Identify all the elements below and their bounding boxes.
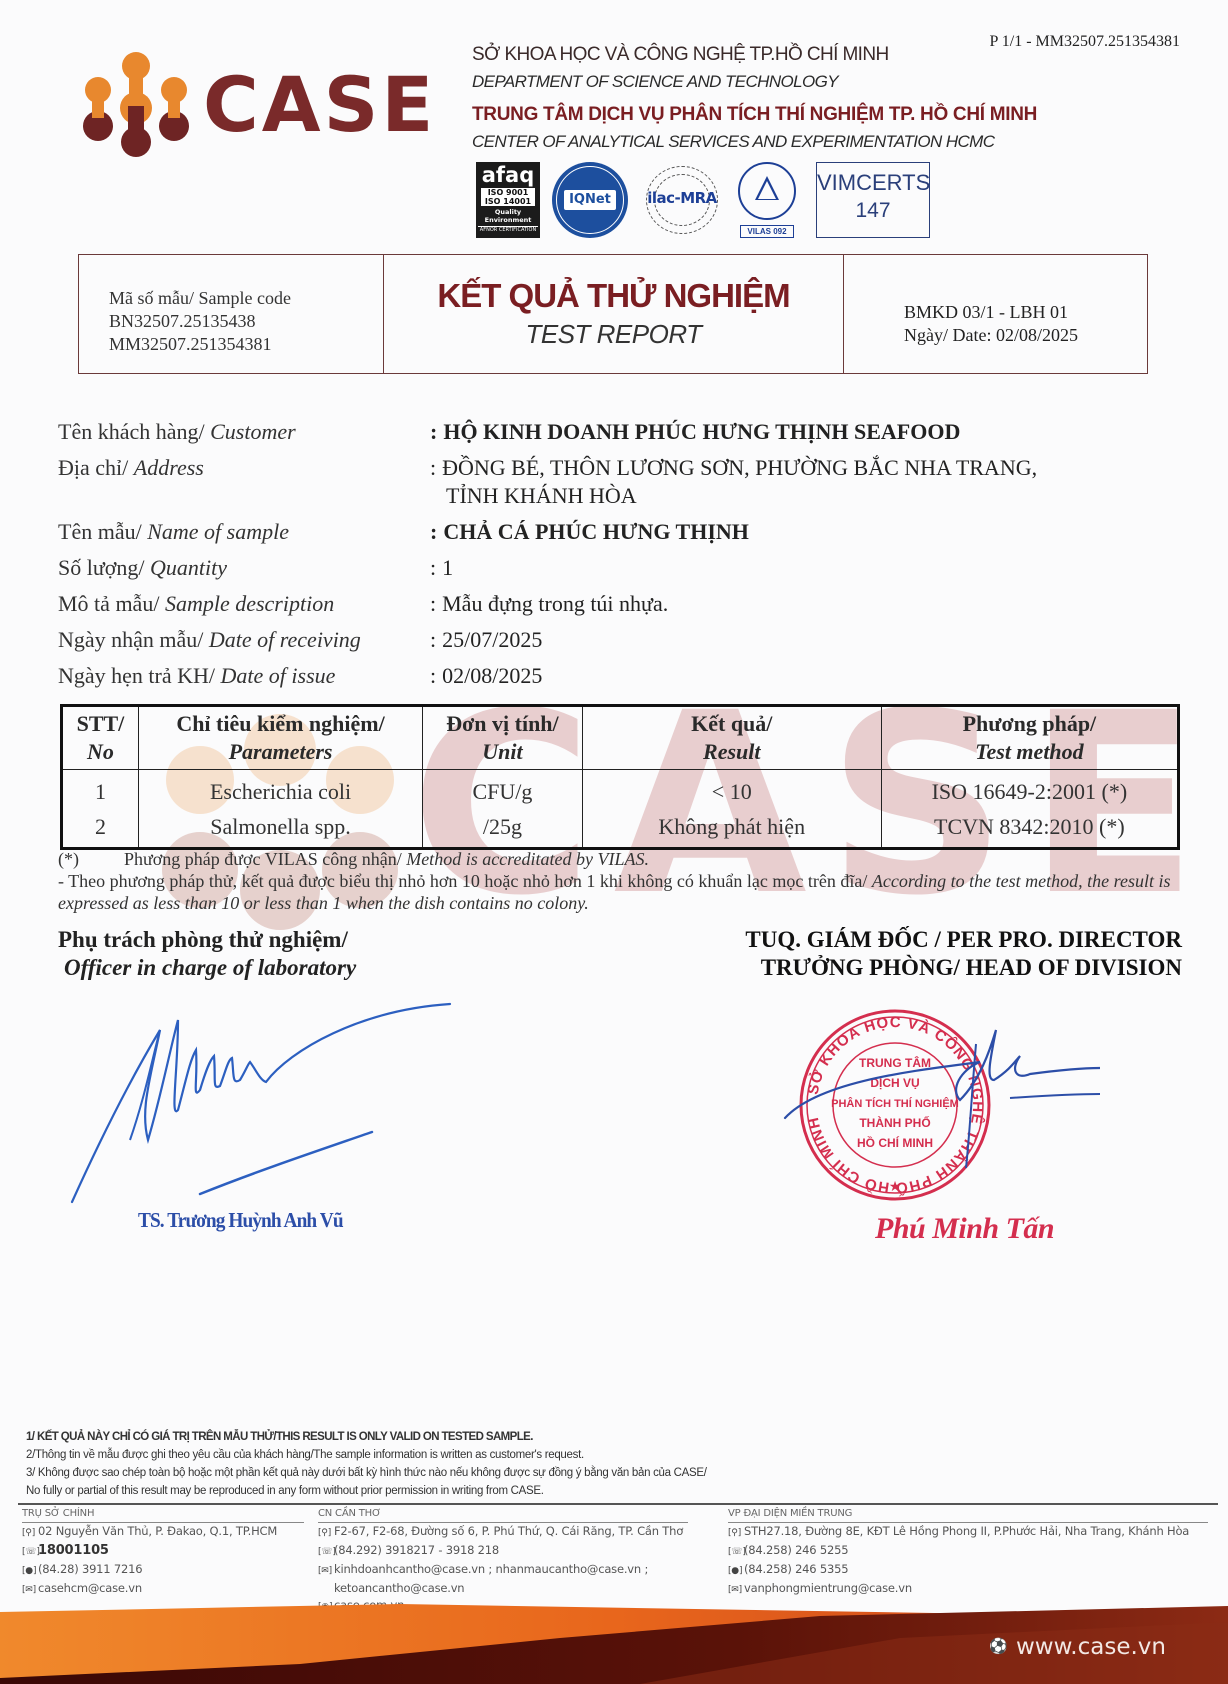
logo-wordmark: CASE [203, 60, 436, 149]
col-no-vi: STT/ [65, 710, 136, 738]
sample-name-value: :CHẢ CÁ PHÚC HƯNG THỊNH [430, 518, 1188, 546]
office-central: VP ĐẠI DIỆN MIỀN TRUNG [⚲]STH27.18, Đườn… [728, 1505, 1208, 1599]
sample-info: Tên khách hàng/ Customer :HỘ KINH DOANH … [58, 418, 1188, 698]
vimcerts-number: 147 [817, 197, 929, 225]
report-title-cell: KẾT QUẢ THỬ NGHIỆM TEST REPORT [384, 255, 844, 373]
office-central-phone[interactable]: [☏](84.258) 246 5255 [728, 1542, 1208, 1561]
org-department-vi: SỞ KHOA HỌC VÀ CÔNG NGHỆ TP.HỒ CHÍ MINH [472, 44, 1037, 72]
customer-label: Tên khách hàng/ Customer [58, 418, 430, 446]
col-method-vi: Phương pháp/ [884, 710, 1175, 738]
row-method: TCVN 8342:2010 (*) [881, 809, 1178, 849]
ilac-label: ilac-MRA [640, 189, 724, 207]
col-header-result: Kết quả/Result [582, 706, 881, 770]
address-label: Địa chỉ/ Address [58, 454, 430, 510]
row-method: ISO 16649-2:2001 (*) [881, 770, 1178, 810]
location-icon: [⚲] [728, 1525, 744, 1542]
office-hq-address-text: 02 Nguyễn Văn Thủ, P. Đakao, Q.1, TP.HCM [38, 1524, 277, 1538]
org-center-vi: TRUNG TÂM DỊCH VỤ PHÂN TÍCH THÍ NGHIỆM T… [472, 104, 1037, 132]
customer-label-en: Customer [210, 419, 296, 444]
date-issue-label-vi: Ngày hẹn trả KH/ [58, 663, 221, 688]
office-hq-phone-text[interactable]: 18001105 [38, 1543, 109, 1558]
note-method-vi: - Theo phương pháp thử, kết quả được biể… [58, 871, 872, 891]
col-parameters-en: Parameters [229, 739, 333, 764]
col-unit-vi: Đơn vị tính/ [425, 710, 580, 738]
sample-name-label-en: Name of sample [147, 519, 289, 544]
address-value: :ĐỒNG BÉ, THÔN LƯƠNG SƠN, PHƯỜNG BẮC NHA… [430, 454, 1188, 510]
office-central-phone-text[interactable]: (84.258) 246 5255 [744, 1543, 848, 1557]
svg-text:★: ★ [889, 1180, 902, 1195]
ilac-mra-logo: ilac-MRA [640, 162, 724, 238]
director-title-line-1: TUQ. GIÁM ĐỐC / PER PRO. DIRECTOR [745, 926, 1182, 954]
lab-officer-title: Phụ trách phòng thử nghiệm/ Officer in c… [58, 926, 356, 982]
email-icon: [✉] [728, 1582, 744, 1599]
report-title-vi: KẾT QUẢ THỬ NGHIỆM [384, 277, 843, 315]
office-cantho-address: [⚲]F2-67, F2-68, Đường số 6, P. Phú Thứ,… [318, 1523, 688, 1542]
row-no: 1 [62, 770, 139, 810]
office-cantho-phone-text[interactable]: (84.292) 3918217 - 3918 218 [334, 1543, 499, 1557]
phone-icon: [☏] [318, 1544, 334, 1561]
director-signature [780, 1010, 1100, 1180]
afaq-cert-logo: afaq ISO 9001 ISO 14001 Quality Environm… [476, 162, 540, 238]
afaq-iso: ISO 9001 ISO 14001 [481, 188, 535, 206]
director-name: Phú Minh Tấn [875, 1212, 1054, 1246]
note-method: - Theo phương pháp thử, kết quả được biể… [58, 870, 1188, 914]
col-result-vi: Kết quả/ [585, 710, 879, 738]
organization-header: SỞ KHOA HỌC VÀ CÔNG NGHỆ TP.HỒ CHÍ MINH … [472, 44, 1037, 152]
office-cantho-title: CN CẦN THƠ [318, 1505, 688, 1523]
row-no: 2 [62, 809, 139, 849]
office-cantho-phone[interactable]: [☏](84.292) 3918217 - 3918 218 [318, 1542, 688, 1561]
quantity-label-vi: Số lượng/ [58, 555, 150, 580]
table-notes: (*)Phương pháp được VILAS công nhận/ Met… [58, 848, 1188, 914]
description-label-en: Sample description [165, 591, 334, 616]
address-line-1: ĐỒNG BÉ, THÔN LƯƠNG SƠN, PHƯỜNG BẮC NHA … [442, 455, 1037, 480]
info-row-description: Mô tả mẫu/ Sample description :Mẫu đựng … [58, 590, 1188, 618]
lab-officer-name: TS. Trương Huỳnh Anh Vũ [138, 1208, 343, 1233]
sample-code-label: Mã số mẫu/ Sample code [109, 287, 383, 310]
col-header-method: Phương pháp/Test method [881, 706, 1178, 770]
afaq-name: afaq [482, 164, 535, 186]
date-issue-label-en: Date of issue [221, 663, 336, 688]
date-receiving-label-en: Date of receiving [209, 627, 361, 652]
col-parameters-vi: Chỉ tiêu kiểm nghiệm/ [141, 710, 420, 738]
website-link[interactable]: ⚽www.case.vn [989, 1634, 1166, 1660]
sample-name: CHẢ CÁ PHÚC HƯNG THỊNH [443, 519, 749, 544]
date-issue: 02/08/2025 [442, 663, 542, 688]
org-department-en: DEPARTMENT OF SCIENCE AND TECHNOLOGY [472, 72, 1037, 104]
office-cantho-email[interactable]: [✉]kinhdoanhcantho@case.vn ; nhanmaucant… [318, 1561, 688, 1580]
office-central-address: [⚲]STH27.18, Đường 8E, KĐT Lê Hồng Phong… [728, 1523, 1208, 1542]
table-row: 1 Escherichia coli CFU/g < 10 ISO 16649-… [62, 770, 1179, 810]
date-receiving-label: Ngày nhận mẫu/ Date of receiving [58, 626, 430, 654]
info-row-customer: Tên khách hàng/ Customer :HỘ KINH DOANH … [58, 418, 1188, 446]
website-url[interactable]: www.case.vn [1016, 1634, 1166, 1660]
afaq-scope: Quality Environment [485, 208, 532, 224]
report-title-box: Mã số mẫu/ Sample code BN32507.25135438 … [78, 254, 1148, 374]
description-value: :Mẫu đựng trong túi nhựa. [430, 590, 1188, 618]
description-label-vi: Mô tả mẫu/ [58, 591, 165, 616]
disclaimer: 1/ KẾT QUẢ NÀY CHỈ CÓ GIÁ TRỊ TRÊN MẪU T… [26, 1428, 707, 1500]
disclaimer-4: No fully or partial of this result may b… [26, 1482, 707, 1500]
email-icon: [✉] [318, 1563, 334, 1580]
vimcerts-box: VIMCERTS 147 [816, 162, 930, 238]
address-line-2: TỈNH KHÁNH HÒA [430, 482, 1188, 510]
vilas-accreditation-logo: VILAS 092 [736, 162, 798, 238]
fax-icon: [●] [728, 1563, 744, 1580]
director-title: TUQ. GIÁM ĐỐC / PER PRO. DIRECTOR TRƯỞNG… [745, 926, 1182, 982]
location-icon: [⚲] [22, 1525, 38, 1542]
office-central-title: VP ĐẠI DIỆN MIỀN TRUNG [728, 1505, 1208, 1523]
lab-officer-signature [60, 990, 460, 1230]
iqnet-cert-logo: IQNet [552, 162, 628, 238]
row-parameter: Escherichia coli [138, 770, 422, 810]
date-receiving: 25/07/2025 [442, 627, 542, 652]
info-row-quantity: Số lượng/ Quantity :1 [58, 554, 1188, 582]
quantity-label-en: Quantity [150, 555, 227, 580]
note-accreditation: (*)Phương pháp được VILAS công nhận/ Met… [58, 848, 1188, 870]
note-accredited-en: Method is accreditated by VILAS. [406, 849, 649, 869]
row-result: Không phát hiện [582, 809, 881, 849]
office-central-address-text: STH27.18, Đường 8E, KĐT Lê Hồng Phong II… [744, 1524, 1189, 1538]
director-title-line-2: TRƯỞNG PHÒNG/ HEAD OF DIVISION [745, 954, 1182, 982]
office-cantho-email-links[interactable]: kinhdoanhcantho@case.vn ; nhanmaucantho@… [334, 1562, 648, 1576]
results-table-header: STT/No Chỉ tiêu kiểm nghiệm/Parameters Đ… [62, 706, 1179, 770]
form-code-cell: BMKD 03/1 - LBH 01 Ngày/ Date: 02/08/202… [844, 255, 1147, 373]
note-accredited-vi: Phương pháp được VILAS công nhận/ [124, 849, 406, 869]
info-row-address: Địa chỉ/ Address :ĐỒNG BÉ, THÔN LƯƠNG SƠ… [58, 454, 1188, 510]
results-table: STT/No Chỉ tiêu kiểm nghiệm/Parameters Đ… [60, 704, 1180, 850]
location-icon: [⚲] [318, 1525, 334, 1542]
office-hq-fax-text: (84.28) 3911 7216 [38, 1562, 142, 1576]
email-icon: [✉] [22, 1582, 38, 1599]
date-issue-label: Ngày hẹn trả KH/ Date of issue [58, 662, 430, 690]
quantity-label: Số lượng/ Quantity [58, 554, 430, 582]
office-cantho-address-text: F2-67, F2-68, Đường số 6, P. Phú Thứ, Q.… [334, 1524, 683, 1538]
date-issue-value: :02/08/2025 [430, 662, 1188, 690]
col-method-en: Test method [975, 739, 1084, 764]
date-receiving-value: :25/07/2025 [430, 626, 1188, 654]
note-mark: (*) [58, 848, 124, 870]
office-hq-email-link[interactable]: casehcm@case.vn [38, 1581, 142, 1595]
date-receiving-label-vi: Ngày nhận mẫu/ [58, 627, 209, 652]
info-row-date-receiving: Ngày nhận mẫu/ Date of receiving :25/07/… [58, 626, 1188, 654]
afaq-footer: AFNOR CERTIFICATION [478, 226, 538, 234]
sample-name-label: Tên mẫu/ Name of sample [58, 518, 430, 546]
office-central-fax-text: (84.258) 246 5355 [744, 1562, 848, 1576]
office-hq-title: TRỤ SỞ CHÍNH [22, 1505, 304, 1523]
sample-code-mm: MM32507.251354381 [109, 333, 383, 356]
quantity: 1 [442, 555, 453, 580]
vimcerts-label: VIMCERTS [817, 169, 929, 197]
office-central-fax: [●](84.258) 246 5355 [728, 1561, 1208, 1580]
quantity-value: :1 [430, 554, 1188, 582]
disclaimer-3: 3/ Không được sao chép toàn bộ hoặc một … [26, 1464, 707, 1482]
afaq-iso-14001: ISO 14001 [481, 197, 535, 206]
sample-name-label-vi: Tên mẫu/ [58, 519, 147, 544]
form-code: BMKD 03/1 - LBH 01 [904, 301, 1147, 324]
row-unit: /25g [423, 809, 583, 849]
customer-label-vi: Tên khách hàng/ [58, 419, 210, 444]
office-central-email-link[interactable]: vanphongmientrung@case.vn [744, 1581, 912, 1595]
sample-code-bn: BN32507.25135438 [109, 310, 383, 333]
office-central-email[interactable]: [✉]vanphongmientrung@case.vn [728, 1580, 1208, 1599]
case-logo: CASE [78, 46, 428, 164]
lab-officer-title-en: Officer in charge of laboratory [58, 954, 356, 982]
phone-icon: [☏] [728, 1544, 744, 1561]
fax-icon: [●] [22, 1563, 38, 1580]
col-no-en: No [87, 739, 114, 764]
disclaimer-1: 1/ KẾT QUẢ NÀY CHỈ CÓ GIÁ TRỊ TRÊN MẪU T… [26, 1428, 707, 1446]
customer-name: HỘ KINH DOANH PHÚC HƯNG THỊNH SEAFOOD [443, 419, 960, 444]
report-title-en: TEST REPORT [384, 319, 843, 350]
col-header-no: STT/No [62, 706, 139, 770]
office-hq: TRỤ SỞ CHÍNH [⚲]02 Nguyễn Văn Thủ, P. Đa… [22, 1505, 304, 1599]
sample-code-cell: Mã số mẫu/ Sample code BN32507.25135438 … [79, 255, 384, 373]
row-unit: CFU/g [423, 770, 583, 810]
info-row-date-issue: Ngày hẹn trả KH/ Date of issue :02/08/20… [58, 662, 1188, 690]
description-label: Mô tả mẫu/ Sample description [58, 590, 430, 618]
col-header-parameters: Chỉ tiêu kiểm nghiệm/Parameters [138, 706, 422, 770]
afaq-iso-9001: ISO 9001 [481, 188, 535, 197]
org-center-en: CENTER OF ANALYTICAL SERVICES AND EXPERI… [472, 132, 1037, 152]
office-cantho-email-2[interactable]: ketoancantho@case.vn [318, 1580, 688, 1597]
iqnet-label: IQNet [564, 190, 616, 210]
col-header-unit: Đơn vị tính/Unit [423, 706, 583, 770]
col-unit-en: Unit [482, 739, 522, 764]
report-date: Ngày/ Date: 02/08/2025 [904, 324, 1147, 347]
disclaimer-2: 2/Thông tin về mẫu được ghi theo yêu cầu… [26, 1446, 707, 1464]
office-hq-email[interactable]: [✉]casehcm@case.vn [22, 1580, 304, 1599]
vilas-number: VILAS 092 [740, 225, 794, 238]
col-result-en: Result [703, 739, 760, 764]
vilas-triangle-inner [758, 181, 776, 199]
afaq-environment: Environment [485, 216, 532, 224]
afaq-quality: Quality [485, 208, 532, 216]
table-row: 2 Salmonella spp. /25g Không phát hiện T… [62, 809, 1179, 849]
row-result: < 10 [582, 770, 881, 810]
sample-description: Mẫu đựng trong túi nhựa. [442, 591, 668, 616]
phone-icon: [☏] [22, 1544, 38, 1561]
office-hq-fax: [●](84.28) 3911 7216 [22, 1561, 304, 1580]
row-parameter: Salmonella spp. [138, 809, 422, 849]
info-row-sample-name: Tên mẫu/ Name of sample :CHẢ CÁ PHÚC HƯN… [58, 518, 1188, 546]
office-hq-phone[interactable]: [☏]18001105 [22, 1542, 304, 1561]
globe-icon: ⚽ [989, 1637, 1008, 1655]
certification-logos: afaq ISO 9001 ISO 14001 Quality Environm… [476, 162, 930, 238]
case-molecule-icon [78, 46, 198, 164]
office-hq-address: [⚲]02 Nguyễn Văn Thủ, P. Đakao, Q.1, TP.… [22, 1523, 304, 1542]
customer-value: :HỘ KINH DOANH PHÚC HƯNG THỊNH SEAFOOD [430, 418, 1188, 446]
address-label-vi: Địa chỉ/ [58, 455, 134, 480]
address-label-en: Address [134, 455, 204, 480]
lab-officer-title-vi: Phụ trách phòng thử nghiệm/ [58, 926, 356, 954]
